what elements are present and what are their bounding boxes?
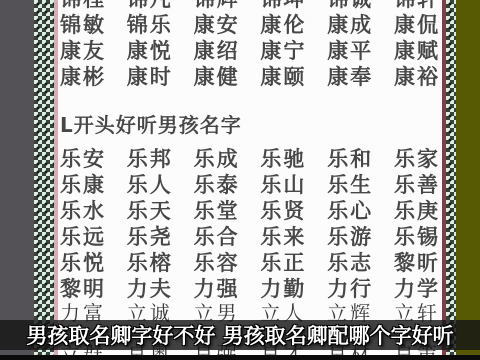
name-row: 锦敏锦乐康安康伦康成康侃 (58, 12, 442, 38)
l-section-name-rows: 乐安乐邦乐成乐驰乐和乐家乐康乐人乐泰乐山乐生乐善乐水乐天乐堂乐贤乐心乐庚乐远乐尧… (58, 146, 442, 302)
name-row: 乐康乐人乐泰乐山乐生乐善 (58, 172, 442, 198)
name-pair: 康赋 (394, 38, 440, 64)
name-pair: 乐庚 (394, 198, 440, 224)
name-pair: 乐远 (60, 224, 106, 250)
name-pair: 锦乐 (127, 12, 173, 38)
name-pair: 乐邦 (127, 146, 173, 172)
name-pair: 乐悦 (60, 250, 106, 276)
name-pair: 乐人 (127, 172, 173, 198)
name-pair: 乐善 (394, 172, 440, 198)
name-pair: 乐正 (260, 250, 306, 276)
name-pair: 康宁 (260, 38, 306, 64)
name-pair: 锦诚 (327, 0, 373, 12)
name-pair: 乐和 (327, 146, 373, 172)
name-list-content: 锦程锦凡锦辉锦坤锦诚锦轩 锦敏锦乐康安康伦康成康侃康友康悦康绍康宁康平康赋康彬康… (58, 0, 442, 360)
bottom-bar (0, 355, 480, 360)
left-margin-band (0, 0, 34, 360)
name-pair: 锦敏 (60, 12, 106, 38)
name-pair: 康健 (194, 64, 240, 90)
name-pair: 乐贤 (260, 198, 306, 224)
name-pair: 乐志 (327, 250, 373, 276)
right-checkered-border (446, 0, 456, 360)
name-row: 黎明力夫力强力勤力行力学 (58, 276, 442, 302)
name-pair: 康平 (327, 38, 373, 64)
name-row: 乐安乐邦乐成乐驰乐和乐家 (58, 146, 442, 172)
name-pair: 康悦 (127, 38, 173, 64)
name-pair: 乐水 (60, 198, 106, 224)
right-margin-band (456, 0, 480, 360)
name-pair: 乐康 (60, 172, 106, 198)
name-pair: 乐尧 (127, 224, 173, 250)
name-pair: 康侃 (394, 12, 440, 38)
name-row: 乐悦乐榕乐容乐正乐志黎昕 (58, 250, 442, 276)
name-pair: 康伦 (260, 12, 306, 38)
name-row: 乐远乐尧乐合乐来乐游乐锡 (58, 224, 442, 250)
name-pair: 锦程 (60, 0, 106, 12)
name-pair: 黎昕 (394, 250, 440, 276)
name-pair: 乐生 (327, 172, 373, 198)
name-pair: 乐堂 (194, 198, 240, 224)
k-section-name-rows: 锦敏锦乐康安康伦康成康侃康友康悦康绍康宁康平康赋康彬康时康健康颐康奉康裕 (58, 12, 442, 90)
name-pair: 康成 (327, 12, 373, 38)
name-pair: 康时 (127, 64, 173, 90)
name-row: 康彬康时康健康颐康奉康裕 (58, 64, 442, 90)
name-pair: 康颐 (260, 64, 306, 90)
name-pair: 锦坤 (260, 0, 306, 12)
name-pair: 乐成 (194, 146, 240, 172)
name-pair: 康安 (194, 12, 240, 38)
name-row: 锦程锦凡锦辉锦坤锦诚锦轩 (58, 0, 442, 12)
name-pair: 锦凡 (127, 0, 173, 12)
name-pair: 乐锡 (394, 224, 440, 250)
left-checkered-border (34, 0, 54, 360)
name-pair: 乐游 (327, 224, 373, 250)
caption-text: 男孩取名卿字好不好 男孩取名卿配哪个字好听 (26, 320, 453, 350)
name-pair: 乐家 (394, 146, 440, 172)
caption-overlay: 男孩取名卿字好不好 男孩取名卿配哪个字好听 (0, 320, 480, 350)
name-pair: 乐驰 (260, 146, 306, 172)
name-pair: 康裕 (394, 64, 440, 90)
name-row: 乐水乐天乐堂乐贤乐心乐庚 (58, 198, 442, 224)
name-pair: 乐安 (60, 146, 106, 172)
name-row: 康友康悦康绍康宁康平康赋 (58, 38, 442, 64)
name-pair: 力强 (194, 276, 240, 302)
name-pair: 乐心 (327, 198, 373, 224)
clipped-top-name-row: 锦程锦凡锦辉锦坤锦诚锦轩 (58, 0, 442, 12)
name-pair: 乐泰 (194, 172, 240, 198)
name-pair: 力行 (327, 276, 373, 302)
name-pair: 力夫 (127, 276, 173, 302)
name-pair: 锦轩 (394, 0, 440, 12)
name-pair: 乐容 (194, 250, 240, 276)
name-pair: 乐山 (260, 172, 306, 198)
name-pair: 康彬 (60, 64, 106, 90)
section-heading: L开头好听男孩名字 (60, 112, 242, 138)
name-pair: 乐来 (260, 224, 306, 250)
name-pair: 乐榕 (127, 250, 173, 276)
name-pair: 力勤 (260, 276, 306, 302)
name-pair: 康奉 (327, 64, 373, 90)
name-pair: 黎明 (60, 276, 106, 302)
name-pair: 乐天 (127, 198, 173, 224)
name-pair: 乐合 (194, 224, 240, 250)
name-pair: 力学 (394, 276, 440, 302)
name-pair: 康绍 (194, 38, 240, 64)
name-pair: 康友 (60, 38, 106, 64)
name-pair: 锦辉 (194, 0, 240, 12)
page: 锦程锦凡锦辉锦坤锦诚锦轩 锦敏锦乐康安康伦康成康侃康友康悦康绍康宁康平康赋康彬康… (0, 0, 480, 360)
